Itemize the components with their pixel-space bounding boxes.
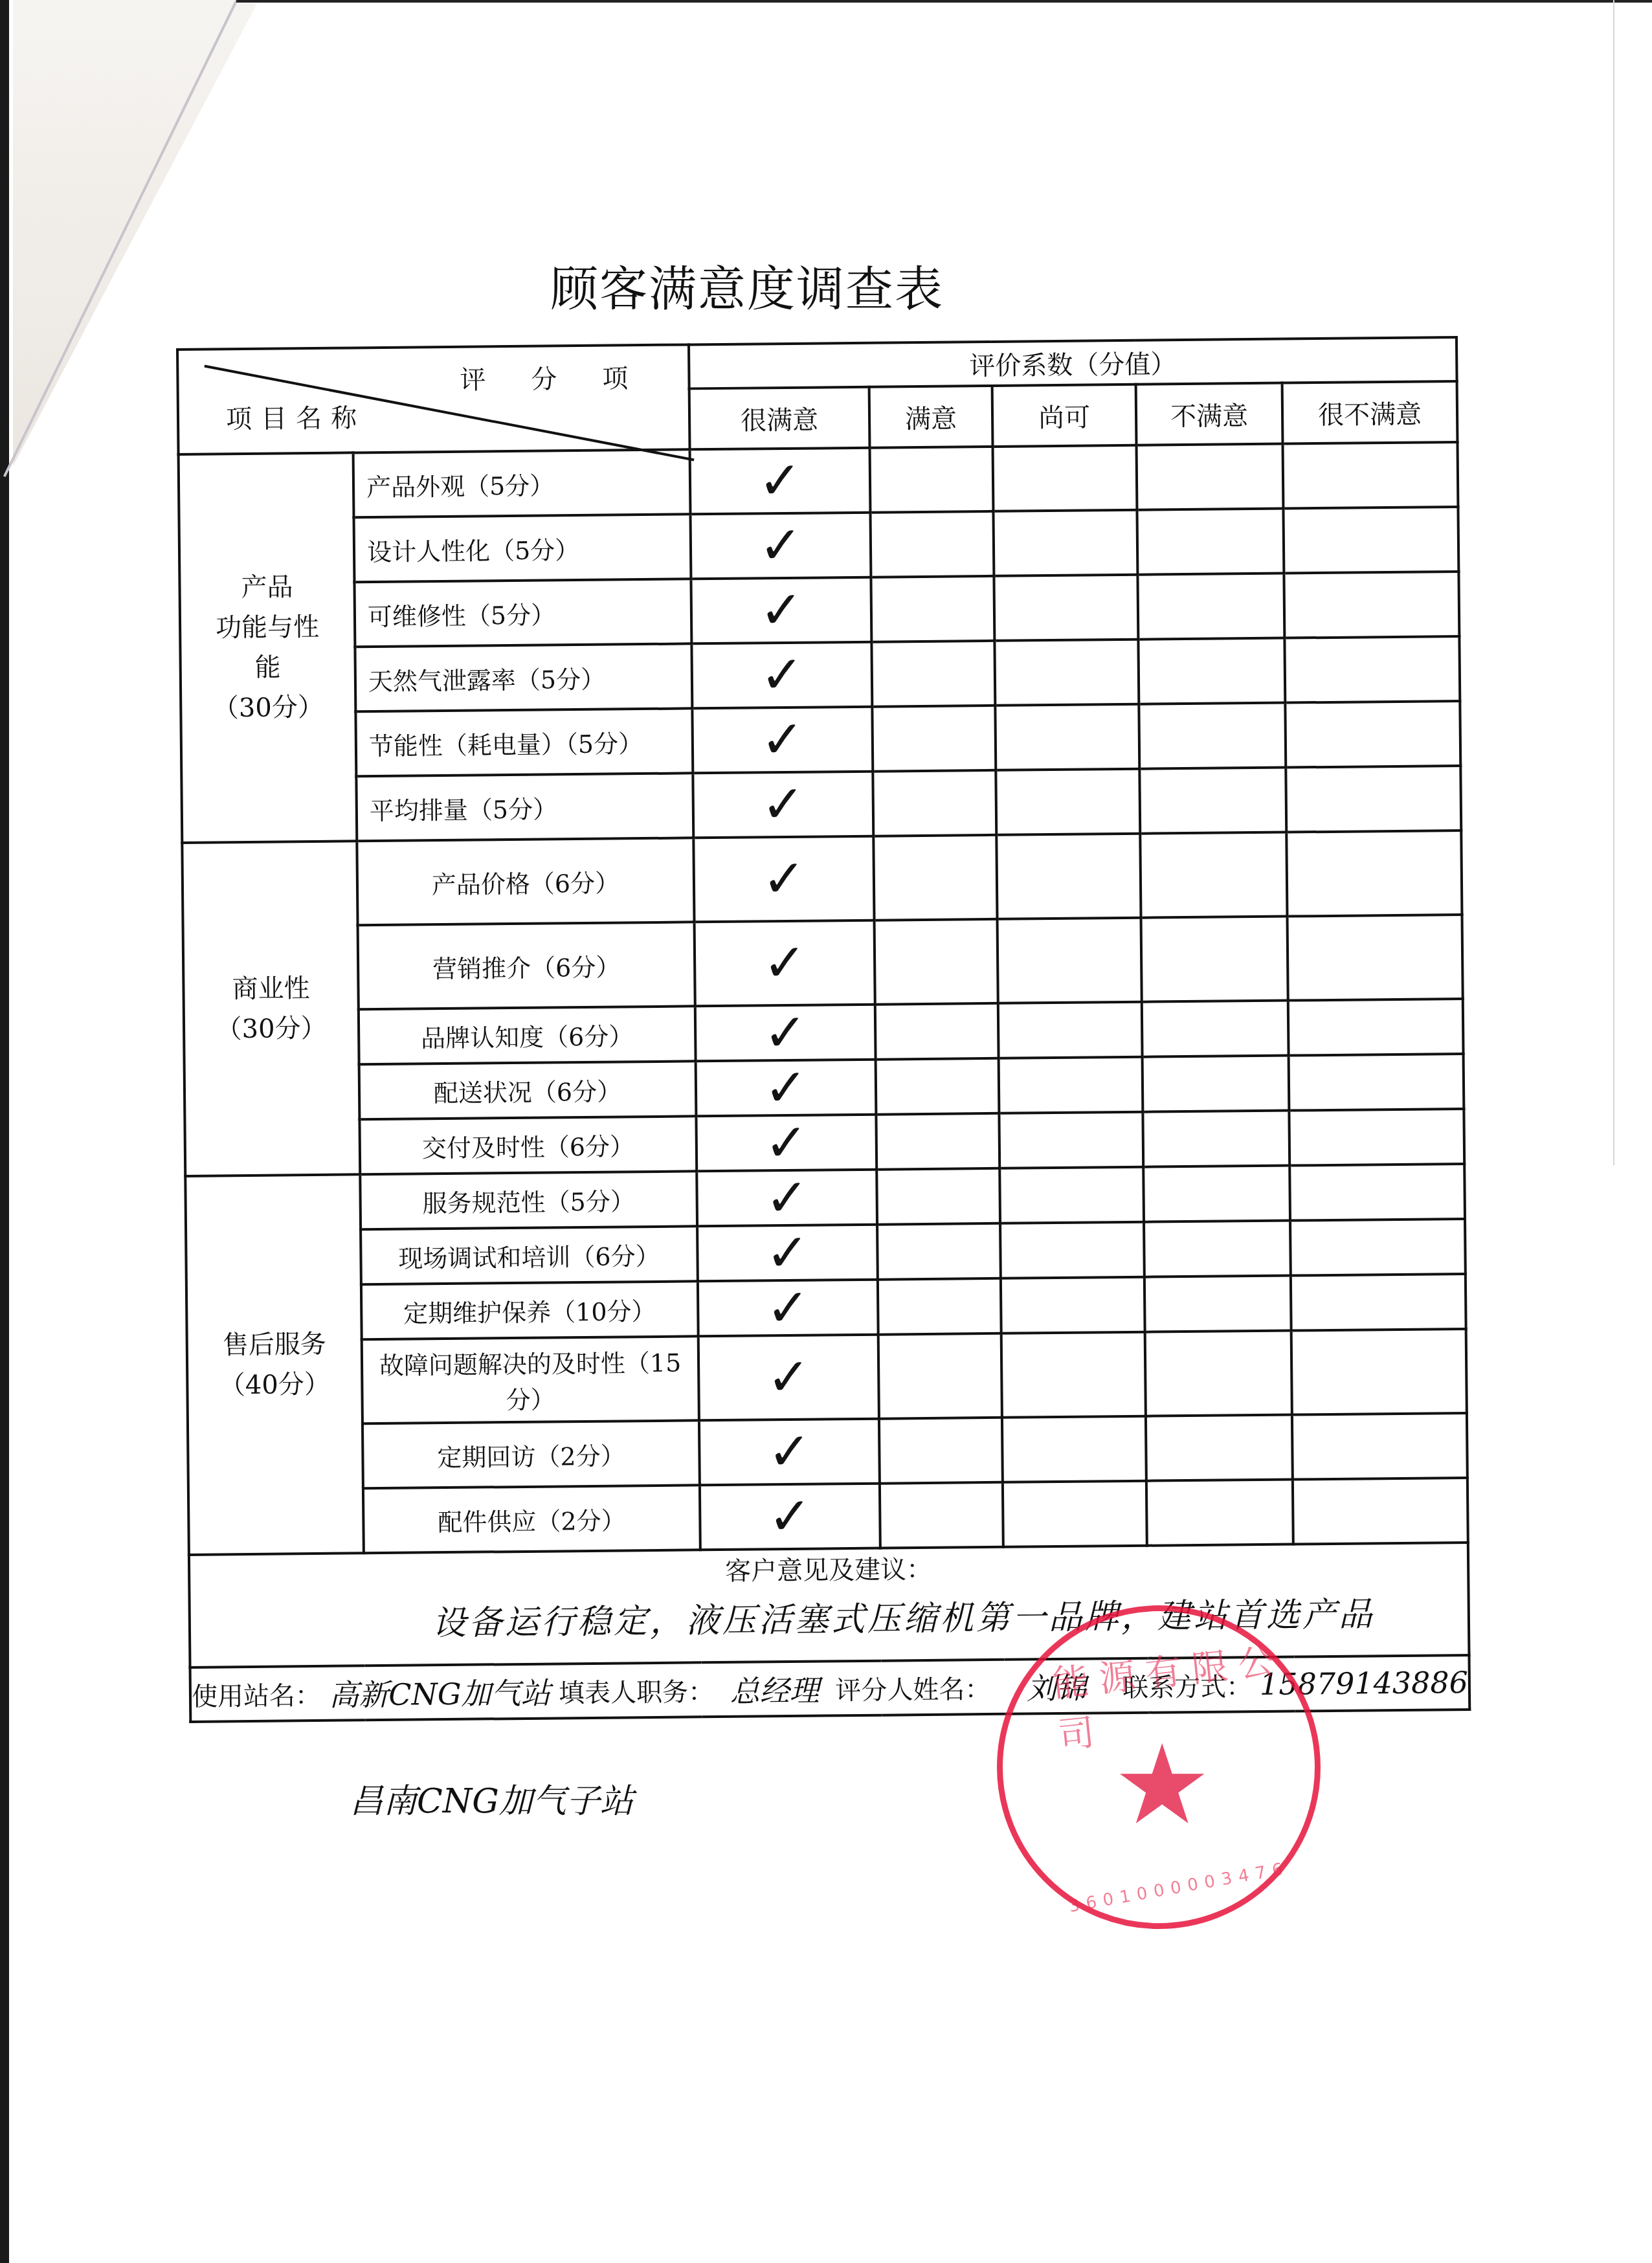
item-label: 现场调试和培训（6分） bbox=[361, 1226, 698, 1284]
table-row: 节能性（耗电量）（5分）✓ bbox=[181, 701, 1460, 778]
rating-cell[interactable] bbox=[876, 1058, 999, 1115]
scan-edge-left bbox=[0, 0, 9, 2263]
seal-code: 3601000003476 bbox=[1067, 1858, 1291, 1916]
item-label: 产品外观（5分） bbox=[353, 449, 691, 517]
rating-cell[interactable]: ✓ bbox=[693, 772, 873, 838]
rating-level-header: 不满意 bbox=[1136, 383, 1283, 445]
item-label: 定期维护保养（10分） bbox=[361, 1281, 698, 1339]
check-icon: ✓ bbox=[766, 1347, 810, 1408]
rating-level-header: 很满意 bbox=[689, 387, 870, 450]
rating-cell[interactable] bbox=[879, 1418, 1003, 1484]
rating-cell[interactable]: ✓ bbox=[692, 707, 873, 774]
rating-cell[interactable] bbox=[873, 770, 996, 836]
rating-cell[interactable] bbox=[870, 447, 994, 513]
page-title: 顾客满意度调查表 bbox=[550, 251, 944, 320]
table-row: 故障问题解决的及时性（15分）✓ bbox=[187, 1329, 1467, 1425]
station-value-second-line: 昌南CNG加气子站 bbox=[350, 1774, 634, 1822]
rating-cell[interactable] bbox=[1285, 701, 1460, 768]
rating-cell[interactable] bbox=[1289, 1164, 1465, 1221]
item-label: 天然气泄露率（5分） bbox=[355, 643, 692, 711]
rating-cell[interactable]: ✓ bbox=[697, 1225, 878, 1282]
rating-cell[interactable] bbox=[871, 576, 994, 642]
rating-cell[interactable] bbox=[878, 1333, 1002, 1419]
item-label: 故障问题解决的及时性（15分） bbox=[362, 1336, 699, 1423]
rating-cell[interactable] bbox=[877, 1223, 1001, 1280]
rating-cell[interactable] bbox=[1003, 1481, 1147, 1547]
check-icon: ✓ bbox=[760, 645, 804, 706]
rating-cell[interactable] bbox=[1286, 831, 1462, 917]
table-row: 配件供应（2分）✓ bbox=[188, 1478, 1468, 1555]
rating-cell[interactable] bbox=[999, 1167, 1144, 1223]
rating-cell[interactable] bbox=[993, 510, 1137, 576]
rating-cell[interactable] bbox=[1146, 1480, 1293, 1546]
star-icon: ★ bbox=[1113, 1721, 1211, 1849]
rating-cell[interactable] bbox=[999, 1057, 1143, 1113]
rating-cell[interactable]: ✓ bbox=[695, 1005, 876, 1062]
rating-cell[interactable] bbox=[1282, 442, 1458, 509]
rating-cell[interactable] bbox=[1142, 1001, 1289, 1057]
rating-cell[interactable] bbox=[1145, 1331, 1292, 1416]
table-row: 设计人性化（5分）✓ bbox=[179, 507, 1459, 584]
rating-cell[interactable] bbox=[1290, 1219, 1466, 1276]
rating-cell[interactable] bbox=[996, 769, 1140, 835]
check-icon: ✓ bbox=[765, 1222, 809, 1283]
check-icon: ✓ bbox=[758, 451, 802, 511]
rating-cell[interactable] bbox=[1292, 1413, 1468, 1480]
rating-cell[interactable] bbox=[1143, 1056, 1289, 1112]
item-label: 设计人性化（5分） bbox=[354, 514, 691, 582]
header-rating-items-label: 评分项 bbox=[460, 358, 674, 397]
check-icon: ✓ bbox=[766, 1277, 810, 1338]
rating-cell[interactable] bbox=[1291, 1274, 1466, 1331]
table-row: 商业性（30分）产品价格（6分）✓ bbox=[182, 831, 1462, 927]
rating-cell[interactable] bbox=[875, 1003, 999, 1060]
item-label: 服务规范性（5分） bbox=[360, 1171, 697, 1229]
check-icon: ✓ bbox=[767, 1421, 811, 1482]
check-icon: ✓ bbox=[759, 515, 803, 576]
role-label: 填表人职务： bbox=[559, 1671, 715, 1710]
item-label: 可维修性（5分） bbox=[354, 579, 691, 647]
header-item-name-label: 项目名称 bbox=[226, 397, 366, 436]
check-icon: ✓ bbox=[763, 1002, 807, 1063]
survey-sheet: 评分项 项目名称 评价系数（分值） 很满意满意尚可不满意很不满意 产品功能与性能… bbox=[176, 336, 1468, 1723]
rating-cell[interactable] bbox=[1137, 509, 1284, 575]
rating-cell[interactable] bbox=[871, 641, 995, 707]
rating-cell[interactable] bbox=[1001, 1332, 1146, 1418]
rating-cell[interactable] bbox=[1139, 768, 1286, 834]
table-row: 产品功能与性能（30分）产品外观（5分）✓ bbox=[179, 442, 1458, 519]
category-label: 产品功能与性能（30分） bbox=[179, 452, 357, 843]
item-label: 平均排量（5分） bbox=[356, 773, 693, 841]
rating-cell[interactable]: ✓ bbox=[696, 1060, 876, 1117]
rating-cell[interactable] bbox=[1144, 1221, 1291, 1277]
rating-cell[interactable] bbox=[1001, 1277, 1145, 1333]
category-label-line: （30分） bbox=[185, 1008, 358, 1050]
check-icon: ✓ bbox=[761, 774, 805, 835]
rating-cell[interactable] bbox=[876, 1168, 1000, 1225]
category-label-line: 能 bbox=[181, 647, 354, 689]
rating-cell[interactable]: ✓ bbox=[697, 1170, 877, 1227]
item-label: 营销推介（6分） bbox=[358, 922, 695, 1009]
item-label: 品牌认知度（6分） bbox=[359, 1006, 696, 1064]
rating-cell[interactable] bbox=[1283, 507, 1458, 574]
rating-cell[interactable] bbox=[1002, 1416, 1146, 1482]
category-label-line: 产品 bbox=[181, 566, 353, 608]
rating-cell[interactable] bbox=[1286, 766, 1461, 832]
rating-cell[interactable]: ✓ bbox=[691, 642, 872, 709]
category-label-line: 商业性 bbox=[184, 968, 357, 1010]
rating-cell[interactable] bbox=[1288, 999, 1464, 1056]
rater-label: 评分人姓名： bbox=[835, 1669, 991, 1707]
rating-cell[interactable] bbox=[999, 1112, 1143, 1168]
rating-cell[interactable] bbox=[1289, 1109, 1464, 1166]
rating-cell[interactable] bbox=[1137, 444, 1284, 510]
rating-cell[interactable] bbox=[994, 640, 1139, 706]
check-icon: ✓ bbox=[764, 1057, 808, 1118]
check-icon: ✓ bbox=[759, 580, 803, 641]
table-row: 定期回访（2分）✓ bbox=[188, 1413, 1468, 1490]
table-row: 可维修性（5分）✓ bbox=[179, 572, 1459, 649]
rating-cell[interactable] bbox=[876, 1113, 999, 1170]
category-label-line: （40分） bbox=[188, 1364, 361, 1406]
rating-cell[interactable] bbox=[994, 575, 1138, 641]
rating-cell[interactable] bbox=[1284, 636, 1460, 703]
category-label-line: 功能与性 bbox=[181, 607, 354, 649]
category-label-line: （30分） bbox=[182, 687, 355, 729]
table-row: 天然气泄露率（5分）✓ bbox=[180, 636, 1460, 713]
rating-cell[interactable]: ✓ bbox=[699, 1419, 880, 1486]
rating-cell[interactable] bbox=[875, 919, 998, 1005]
rating-cell[interactable]: ✓ bbox=[695, 920, 875, 1007]
rating-cell[interactable] bbox=[1284, 572, 1459, 638]
check-icon: ✓ bbox=[765, 1112, 809, 1173]
rating-cell[interactable] bbox=[993, 445, 1137, 511]
rating-cell[interactable] bbox=[1141, 917, 1288, 1002]
rating-cell[interactable]: ✓ bbox=[690, 448, 871, 515]
company-seal: 能源有限公司 ★ 3601000003476 bbox=[997, 1605, 1321, 1929]
check-icon: ✓ bbox=[762, 849, 806, 909]
rating-cell[interactable]: ✓ bbox=[700, 1484, 880, 1550]
rating-cell[interactable] bbox=[998, 918, 1142, 1003]
rating-group-header: 评价系数（分值） bbox=[689, 337, 1457, 388]
rating-level-header: 很不满意 bbox=[1282, 381, 1458, 444]
rating-cell[interactable] bbox=[1137, 574, 1284, 640]
check-icon: ✓ bbox=[765, 1167, 809, 1228]
scan-edge-top bbox=[236, 0, 1652, 3]
rating-cell[interactable] bbox=[996, 834, 1141, 919]
category-label: 售后服务（40分） bbox=[185, 1174, 364, 1555]
rating-cell[interactable] bbox=[995, 704, 1139, 770]
item-label: 交付及时性（6分） bbox=[359, 1116, 697, 1174]
rating-cell[interactable]: ✓ bbox=[690, 513, 871, 579]
table-row: 平均排量（5分）✓ bbox=[181, 766, 1461, 843]
rating-cell[interactable] bbox=[1139, 703, 1286, 769]
rating-cell[interactable]: ✓ bbox=[696, 1115, 876, 1172]
rating-level-header: 尚可 bbox=[992, 385, 1137, 447]
rating-cell[interactable] bbox=[1000, 1222, 1144, 1278]
item-label: 配件供应（2分） bbox=[363, 1485, 700, 1553]
item-label: 配送状况（6分） bbox=[359, 1061, 697, 1119]
rating-cell[interactable] bbox=[1289, 1054, 1464, 1111]
rating-cell[interactable] bbox=[870, 511, 994, 577]
check-icon: ✓ bbox=[761, 709, 805, 770]
rating-cell[interactable] bbox=[1146, 1415, 1293, 1481]
item-label: 节能性（耗电量）（5分） bbox=[355, 708, 693, 776]
rating-cell[interactable] bbox=[1143, 1111, 1289, 1167]
rating-level-header: 满意 bbox=[869, 386, 993, 448]
rating-cell[interactable] bbox=[998, 1002, 1143, 1058]
rating-cell[interactable] bbox=[1138, 638, 1285, 704]
table-row: 营销推介（6分）✓ bbox=[183, 915, 1463, 1011]
station-label: 使用站名： bbox=[192, 1675, 322, 1713]
rating-cell[interactable]: ✓ bbox=[698, 1280, 878, 1337]
rating-cell[interactable] bbox=[1143, 1166, 1290, 1222]
rating-cell[interactable] bbox=[1288, 915, 1463, 1001]
survey-table: 评分项 项目名称 评价系数（分值） 很满意满意尚可不满意很不满意 产品功能与性能… bbox=[176, 336, 1471, 1723]
rating-cell[interactable]: ✓ bbox=[693, 836, 874, 922]
rating-cell[interactable] bbox=[880, 1482, 1003, 1548]
category-label-line: 售后服务 bbox=[188, 1324, 361, 1366]
rating-cell[interactable]: ✓ bbox=[698, 1335, 879, 1421]
station-value[interactable]: 高新CNG加气站 bbox=[329, 1670, 552, 1715]
role-value[interactable]: 总经理 bbox=[722, 1667, 828, 1711]
page-edge-right bbox=[1613, 0, 1614, 1165]
item-label: 产品价格（6分） bbox=[357, 838, 694, 925]
item-label: 定期回访（2分） bbox=[363, 1420, 700, 1488]
check-icon: ✓ bbox=[768, 1486, 812, 1547]
rating-cell[interactable] bbox=[1291, 1329, 1467, 1415]
header-corner-cell: 评分项 项目名称 bbox=[177, 344, 690, 454]
rating-cell[interactable] bbox=[873, 835, 997, 920]
category-label: 商业性（30分） bbox=[182, 841, 360, 1176]
rating-cell[interactable] bbox=[1140, 832, 1287, 918]
rating-cell[interactable]: ✓ bbox=[691, 577, 871, 644]
rating-cell[interactable] bbox=[1144, 1276, 1291, 1332]
rating-cell[interactable] bbox=[872, 706, 996, 772]
rating-cell[interactable] bbox=[878, 1278, 1001, 1335]
rating-cell[interactable] bbox=[1293, 1478, 1468, 1544]
check-icon: ✓ bbox=[763, 933, 807, 994]
